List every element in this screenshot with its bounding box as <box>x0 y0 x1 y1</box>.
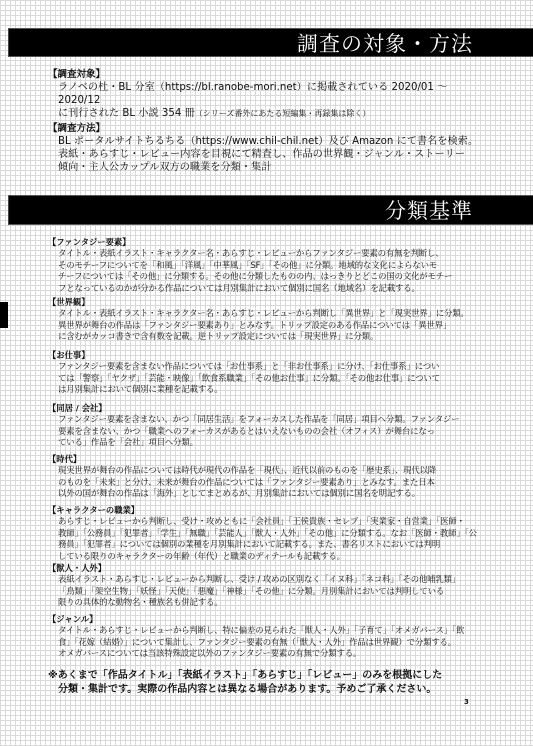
criteria-world: 【世界観】 タイトル・表紙イラスト・キャラクター名・あらすじ・レビューから判断し… <box>48 297 488 343</box>
criteria-heading: 【ファンタジー要素】 <box>48 237 488 248</box>
criteria-heading: 【お仕事】 <box>48 350 488 361</box>
criteria-line: タイトル・あらすじ・レビューから判断し、特に偏差の見られた「獣人・人外」「子育て… <box>58 625 488 637</box>
criteria-heading: 【同居 / 会社】 <box>48 403 488 414</box>
criteria-line: 限りの具体的な動物名・種族名も併記する。 <box>58 597 488 609</box>
criteria-heading: 【時代】 <box>48 454 488 465</box>
criteria-line: 表紙イラスト・あらすじ・レビューから判断し、受け / 攻めの区別なく「イヌ科」「… <box>58 574 488 586</box>
survey-target-line2-note: （シリーズ番外にあたる短編集・再録集は除く） <box>195 109 371 118</box>
criteria-heading: 【ジャンル】 <box>48 614 488 625</box>
criteria-character-job: 【キャラクターの職業】 あらすじ・レビューから判断し、受け・攻めともに「会社員」… <box>48 505 488 562</box>
criteria-line: タイトル・表紙イラスト・キャラクター名・あらすじ・レビューからファンタジー要素の… <box>58 248 488 260</box>
criteria-line: のものを「未来」と分け、未来が舞台の作品については「ファンタジー要素あり」とみな… <box>58 477 488 489</box>
criteria-line: 要素を含まない、かつ「職業へのフォーカスがあるとはいえないものの会社（オフィス）… <box>58 426 488 438</box>
criteria-line: は月別集計において個別に業種を記載する。 <box>58 384 488 396</box>
criteria-line: 務員」「犯罪者」については個別の業種を月別集計において記載する。また、書名リスト… <box>58 539 488 551</box>
criteria-line: 現実世界が舞台の作品については時代が現代の作品を「現代」、近代以前のものを「歴史… <box>58 465 488 477</box>
criteria-line: 教師」「公務員」「犯罪者」「学生」「無職」「芸能人」「獣人・人外」「その他」に分… <box>58 528 488 540</box>
criteria-line: ファンタジー要素を含まない、かつ「同居生活」をフォーカスした作品を「同居」項目へ… <box>58 414 488 426</box>
criteria-fantasy: 【ファンタジー要素】 タイトル・表紙イラスト・キャラクター名・あらすじ・レビュー… <box>48 237 488 294</box>
criteria-heading: 【獣人・人外】 <box>48 563 488 574</box>
survey-target-line1: ラノベの杜・BL 分室（https://bl.ranobe-mori.net）に… <box>58 81 488 107</box>
survey-method-line1: BL ポータルサイトちるちる（https://www.chil-chil.net… <box>58 135 488 148</box>
section-header-criteria: 分類基準 <box>8 195 533 225</box>
criteria-beast-nonhuman: 【獣人・人外】 表紙イラスト・あらすじ・レビューから判断し、受け / 攻めの区別… <box>48 563 488 609</box>
section-header-survey: 調査の対象・方法 <box>8 28 533 57</box>
disclaimer-line2: 分類・集計です。実際の作品内容とは異なる場合があります。予めご了承ください。 <box>48 683 488 697</box>
disclaimer-line1: ※あくまで「作品タイトル」「表紙イラスト」「あらすじ」「レビュー」のみを根拠にし… <box>48 669 488 683</box>
page-index-tab <box>0 302 8 328</box>
criteria-line: ている」作品を「会社」項目へ分類。 <box>58 437 488 449</box>
criteria-line: そのモチーフについてを「和風」「洋風」「中華風」「SF」「その他」に分類。地域的… <box>58 260 488 272</box>
criteria-line: ては「警察」「ヤクザ」「芸能・映像」「飲食系職業」「その他お仕事」に分類。「その… <box>58 373 488 385</box>
criteria-line: オメガバースについては当該特殊設定以外のファンタジー要素の有無で分類する。 <box>58 648 488 660</box>
criteria-heading: 【世界観】 <box>48 297 488 308</box>
criteria-line: チーフについては「その他」に分類する。その他に分類したものの内、はっきりとどこの… <box>58 271 488 283</box>
criteria-line: 異世界が舞台の作品は「ファンタジー要素あり」とみなす。トリップ設定のある作品につ… <box>58 320 488 332</box>
survey-method: 【調査方法】 BL ポータルサイトちるちる（https://www.chil-c… <box>48 123 488 174</box>
survey-target-line2-main: に刊行された BL 小説 354 冊 <box>58 108 195 119</box>
survey-target-line2: に刊行された BL 小説 354 冊（シリーズ番外にあたる短編集・再録集は除く） <box>58 107 488 120</box>
section-title-survey: 調査の対象・方法 <box>297 29 473 56</box>
page-number: 3 <box>464 698 469 706</box>
criteria-line: フとなっているのかが分かる作品については月別集計において個別に国名（地域名）を記… <box>58 283 488 295</box>
criteria-line: ファンタジー要素を含まない作品については「お仕事系」と「非お仕事系」に分け、「お… <box>58 361 488 373</box>
survey-method-heading: 【調査方法】 <box>48 123 488 135</box>
criteria-line: タイトル・表紙イラスト・キャラクター名・あらすじ・レビューから判断し「異世界」と… <box>58 308 488 320</box>
disclaimer-note: ※あくまで「作品タイトル」「表紙イラスト」「あらすじ」「レビュー」のみを根拠にし… <box>48 669 488 697</box>
criteria-line: している限りのキャラクターの年齢（年代）と職業のディテールも記載する。 <box>58 551 488 563</box>
criteria-line: 「鳥類」「架空生物」「妖怪」「天使」「悪魔」「神様」「その他」に分類。月別集計に… <box>58 586 488 598</box>
criteria-line: あらすじ・レビューから判断し、受け・攻めともに「会社員」「王侯貴族・セレブ」「実… <box>58 516 488 528</box>
survey-method-line2: 表紙・あらすじ・レビュー内容を目視にて精査し、作品の世界観・ジャンル・ストーリー <box>58 148 488 161</box>
header-edge <box>8 29 9 56</box>
criteria-line: 以外の国が舞台の作品は「海外」としてまとめるが、月別集計においては個別に国名を明… <box>58 488 488 500</box>
criteria-era: 【時代】 現実世界が舞台の作品については時代が現代の作品を「現代」、近代以前のも… <box>48 454 488 500</box>
criteria-work: 【お仕事】 ファンタジー要素を含まない作品については「お仕事系」と「非お仕事系」… <box>48 350 488 396</box>
criteria-heading: 【キャラクターの職業】 <box>48 505 488 516</box>
criteria-line: 食」「花嫁（結婚）」について集計し、ファンタジー要素の有無（「獣人・人外」作品は… <box>58 637 488 649</box>
survey-method-line3: 傾向・主人公カップル双方の職業を分類・集計 <box>58 161 488 174</box>
criteria-cohabit-office: 【同居 / 会社】 ファンタジー要素を含まない、かつ「同居生活」をフォーカスした… <box>48 403 488 449</box>
section-title-criteria: 分類基準 <box>385 196 473 224</box>
survey-target: 【調査対象】 ラノベの杜・BL 分室（https://bl.ranobe-mor… <box>48 69 488 120</box>
survey-target-heading: 【調査対象】 <box>48 69 488 81</box>
criteria-genre: 【ジャンル】 タイトル・あらすじ・レビューから判断し、特に偏差の見られた「獣人・… <box>48 614 488 660</box>
criteria-line: に含むがカッコ書きで含有数を記載。逆トリップ設定については「現実世界」に分類。 <box>58 331 488 343</box>
header-edge <box>8 196 9 224</box>
